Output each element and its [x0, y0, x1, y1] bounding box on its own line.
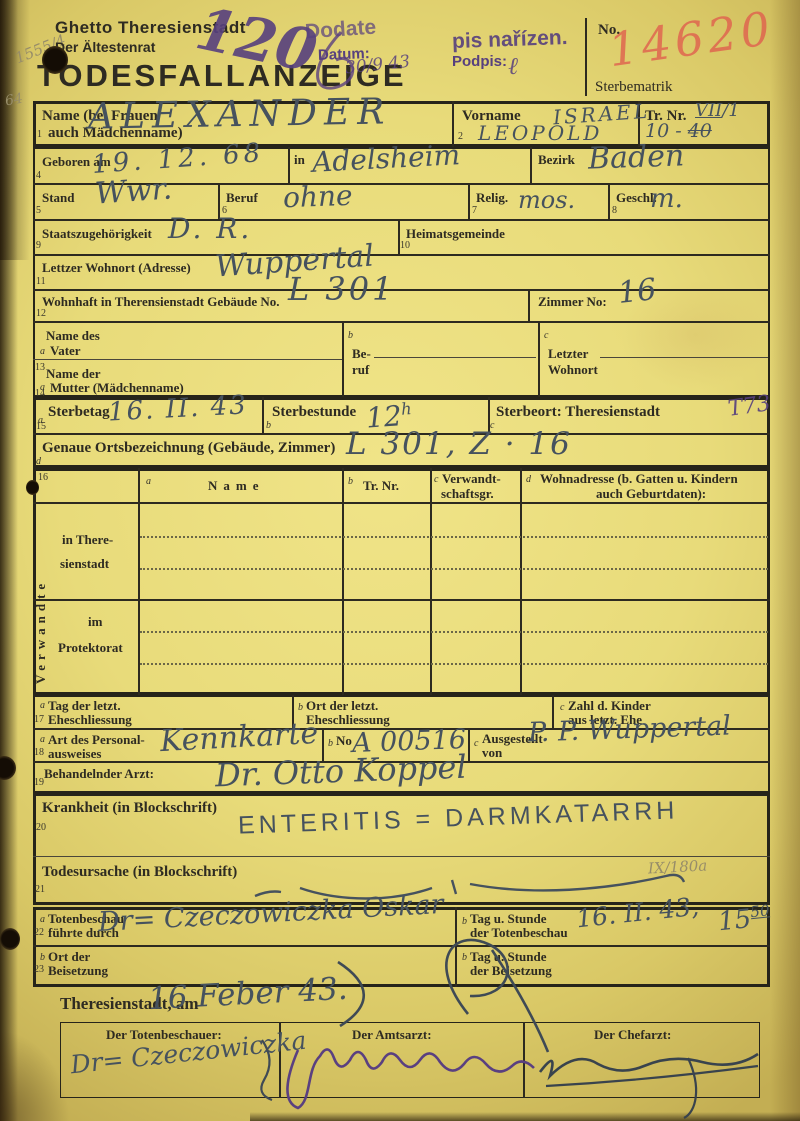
ausweis-no-label: No: [336, 733, 352, 749]
wohnort-col-letter: c: [544, 330, 548, 341]
stand-label: Stand: [42, 190, 75, 206]
beschau-number: 22: [34, 927, 44, 938]
gebaeude-number: 12: [36, 308, 46, 319]
geboren-number: 4: [36, 170, 41, 181]
mutter-number: 14: [35, 388, 45, 399]
todesursache-label: Todesursache (in Blockschrift): [42, 864, 237, 881]
beisetzung-zeit-letter: b: [462, 952, 467, 963]
wohnort-number: 11: [36, 276, 46, 287]
header-divider: [585, 18, 587, 96]
todesursache-number: 21: [35, 884, 45, 895]
vater-letter: a: [40, 346, 45, 357]
heimat-number: 10: [400, 240, 410, 251]
stamp-podpis-initial: ℓ: [508, 52, 518, 81]
relig-label: Relig.: [476, 190, 508, 206]
gebaeude-value: L 301: [288, 270, 396, 308]
vater-label2: Vater: [50, 343, 81, 359]
table-number: 16: [38, 472, 48, 483]
staat-value: D. R.: [168, 212, 252, 245]
stand-number: 5: [36, 205, 41, 216]
beschau-letter: a: [40, 914, 45, 925]
left-top-wear: [0, 0, 30, 260]
wohnort-col-label2: Wohnort: [548, 362, 598, 378]
table-col-a-letter: a: [146, 476, 151, 487]
krankheit-number: 20: [36, 822, 46, 833]
beruf-col-label2: ruf: [352, 362, 369, 378]
wohnort-col-label: Letzter: [548, 346, 588, 362]
bezirk-value: Baden: [587, 138, 684, 176]
gebaeude-label: Wohnhaft in Therensienstadt Gebäude No.: [42, 294, 280, 310]
table-col-d-letter: d: [526, 474, 531, 485]
beruf-label: Beruf: [226, 190, 258, 206]
sterbeort-label: Sterbeort: Theresienstadt: [496, 404, 660, 421]
table-col-d-label2: auch Geburtdaten):: [596, 486, 706, 502]
sterbematrik-label: Sterbematrik: [595, 79, 672, 96]
mutter-label2: Mutter (Mädchenname): [50, 380, 184, 396]
ehe-tag-letter: a: [40, 700, 45, 711]
table-col-b-label: Tr. Nr.: [363, 478, 399, 494]
table-col-c-label: Verwandt-: [442, 471, 501, 487]
geschl-number: 8: [612, 205, 617, 216]
table-col-c-letter: c: [434, 474, 438, 485]
table-col-a-label: Name: [208, 478, 265, 494]
heimat-label: Heimatsgemeinde: [406, 226, 505, 242]
trnr-value-top: VII/1: [695, 100, 740, 121]
wohnort-label: Lettzer Wohnort (Adresse): [42, 260, 191, 276]
ausweis-number: 18: [34, 747, 44, 758]
ortsbez-value: L 301, Z · 16: [346, 426, 572, 462]
table-col-d-label: Wohnadresse (b. Gatten u. Kindern: [540, 471, 738, 487]
stamp-text-fragment1: Dodate: [304, 16, 377, 45]
arzt-label: Behandelnder Arzt:: [44, 766, 154, 782]
ehe-ort-letter: b: [298, 702, 303, 713]
vater-label: Name des: [46, 328, 100, 344]
punch-hole: [0, 928, 20, 950]
geschl-value: m.: [650, 184, 683, 214]
sig-chefarzt-label: Der Chefarzt:: [594, 1027, 671, 1043]
staat-label: Staatszugehörigkeit: [42, 226, 152, 242]
punch-hole: [42, 46, 68, 74]
table-group2-label: im: [88, 614, 102, 630]
table-group1-label: in There-: [62, 532, 113, 548]
ausweis-label2: ausweises: [48, 746, 101, 762]
ortsbez-letter: d: [36, 456, 41, 467]
ausweis-no-letter: b: [328, 738, 333, 749]
name-value: ALEXANDER: [88, 91, 392, 137]
sig-amtsarzt-label: Der Amtsarzt:: [352, 1027, 432, 1043]
table-group1-label2: sienstadt: [60, 556, 109, 572]
scanned-death-notice-form: 1555/4 64 Ghetto Theresienstadt Der Älte…: [0, 0, 800, 1121]
stamp-text-fragment2: pis nařízen.: [452, 26, 568, 54]
beisetzung-zeit-label2: der Beisetzung: [470, 963, 552, 979]
org-line2: Der Ältestenrat: [55, 39, 155, 55]
ausweis-von-letter: c: [474, 738, 478, 749]
beisetzung-ort-number: 23: [34, 964, 44, 975]
stand-value: Wwr.: [94, 171, 173, 211]
staat-number: 9: [36, 240, 41, 251]
arzt-number: 19: [34, 777, 44, 788]
bottom-edge-shadow: [250, 1112, 800, 1121]
ausweis-letter: a: [40, 734, 45, 745]
beisetzung-ort-letter: b: [40, 952, 45, 963]
sterbestunde-letter: b: [266, 420, 271, 431]
stamp-podpis-label: Podpis:: [452, 53, 507, 70]
table-group2-label2: Protektorat: [58, 640, 123, 656]
beisetzung-ort-label2: Beisetzung: [48, 963, 108, 979]
sterbetag-label: Sterbetag: [48, 404, 110, 421]
ehe-tag-label2: Eheschliessung: [48, 712, 132, 728]
ausweis-von-label2: von: [482, 745, 502, 761]
ehe-kinder-letter: c: [560, 702, 564, 713]
zimmer-label: Zimmer No:: [538, 294, 607, 310]
zimmer-value: 16: [616, 272, 658, 311]
table-col-b-letter: b: [348, 476, 353, 487]
paper-tear: [26, 480, 39, 495]
record-number-handwritten: 14620: [605, 1, 777, 78]
vorname-value2: LEOPOLD: [478, 121, 602, 145]
name-number: 1: [37, 129, 42, 140]
beschau-zeit-label2: der Totenbeschau: [470, 925, 568, 941]
relig-value: mos.: [518, 186, 575, 214]
beruf-col-label: Be-: [352, 346, 371, 362]
ortsbez-label: Genaue Ortsbezeichnung (Gebäude, Zimmer): [42, 440, 335, 457]
right-edge-shadow: [770, 0, 800, 1121]
table-col-c-label2: schaftsgr.: [441, 486, 494, 502]
relig-number: 7: [472, 205, 477, 216]
beschau-zeit-letter: b: [462, 916, 467, 927]
beruf-value: ohne: [282, 179, 353, 214]
beschau-zeit-value: 1550: [717, 901, 772, 937]
beruf-col-letter: b: [348, 330, 353, 341]
sterbestunde-label: Sterbestunde: [272, 404, 356, 421]
margin-note-side: 64: [4, 91, 24, 110]
krankheit-label: Krankheit (in Blockschrift): [42, 800, 217, 817]
geboren-in-label: in: [294, 152, 305, 168]
sterbetag-number: 15: [36, 421, 46, 432]
ehe-ort-label2: Eheschliessung: [306, 712, 390, 728]
table-side-label: Verwandte: [33, 516, 49, 684]
bezirk-label: Bezirk: [538, 152, 575, 168]
todesursache-note: IX/180a: [648, 856, 708, 877]
vater-number: 13: [35, 362, 45, 373]
ehe-tag-number: 17: [34, 714, 44, 725]
